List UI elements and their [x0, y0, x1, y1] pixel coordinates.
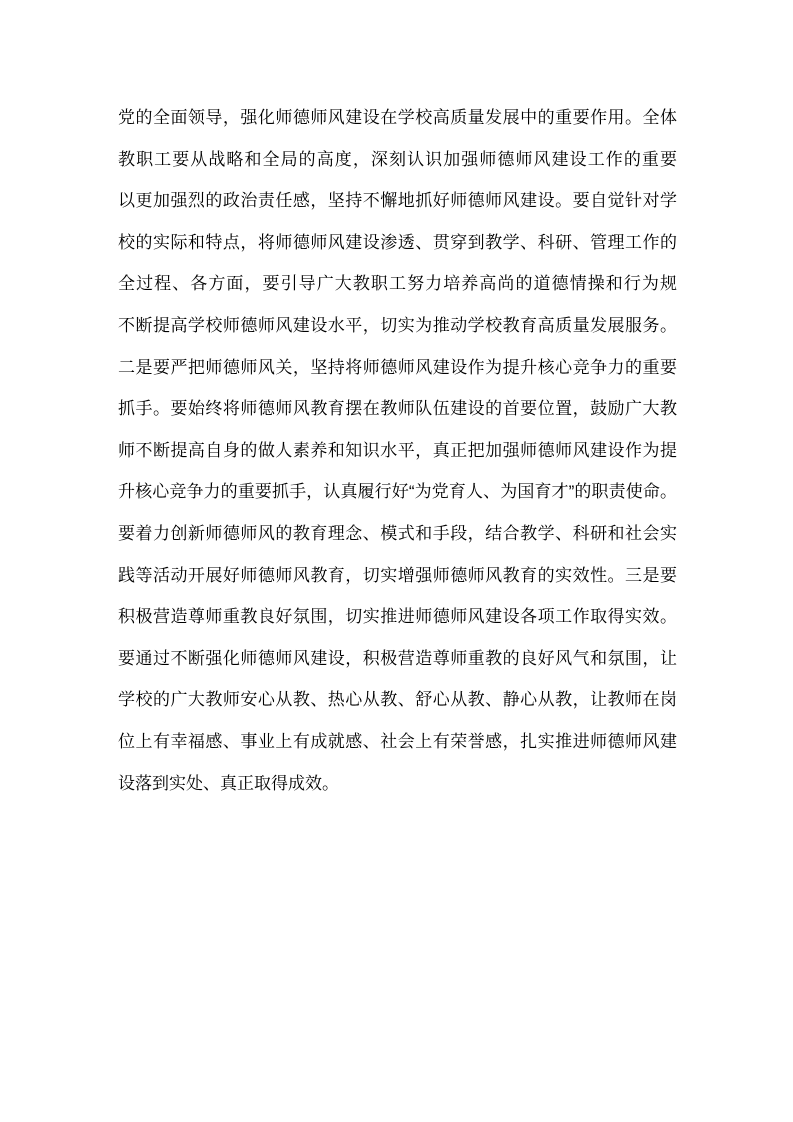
text-line: 师不断提高自身的做人素养和知识水平，真正把加强师德师风建设作为提 — [118, 430, 677, 472]
text-line: 不断提高学校师德师风建设水平，切实为推动学校教育高质量发展服务。 — [118, 305, 677, 347]
text-line: 要着力创新师德师风的教育理念、模式和手段，结合教学、科研和社会实 — [118, 513, 677, 555]
text-line: 学校的广大教师安心从教、热心从教、舒心从教、静心从教，让教师在岗 — [118, 679, 677, 721]
document-page: 党的全面领导，强化师德师风建设在学校高质量发展中的重要作用。全体 教职工要从战略… — [0, 0, 793, 1122]
text-line: 积极营造尊师重教良好氛围，切实推进师德师风建设各项工作取得实效。 — [118, 596, 677, 638]
text-line: 二是要严把师德师风关，坚持将师德师风建设作为提升核心竞争力的重要 — [118, 347, 677, 389]
text-line: 校的实际和特点，将师德师风建设渗透、贯穿到教学、科研、管理工作的 — [118, 222, 677, 264]
text-line: 践等活动开展好师德师风教育，切实增强师德师风教育的实效性。三是要 — [118, 555, 677, 597]
text-line: 要通过不断强化师德师风建设，积极营造尊师重教的良好风气和氛围，让 — [118, 638, 677, 680]
text-line: 以更加强烈的政治责任感，坚持不懈地抓好师德师风建设。要自觉针对学 — [118, 180, 677, 222]
text-line: 教职工要从战略和全局的高度，深刻认识加强师德师风建设工作的重要性， — [118, 139, 677, 181]
body-text-block: 党的全面领导，强化师德师风建设在学校高质量发展中的重要作用。全体 教职工要从战略… — [118, 97, 677, 804]
text-line: 全过程、各方面，要引导广大教职工努力培养高尚的道德情操和行为规范， — [118, 263, 677, 305]
text-line: 抓手。要始终将师德师风教育摆在教师队伍建设的首要位置，鼓励广大教 — [118, 388, 677, 430]
text-line: 党的全面领导，强化师德师风建设在学校高质量发展中的重要作用。全体 — [118, 97, 677, 139]
text-line: 升核心竞争力的重要抓手，认真履行好“为党育人、为国育才”的职责使命。 — [118, 471, 677, 513]
text-line: 位上有幸福感、事业上有成就感、社会上有荣誉感，扎实推进师德师风建 — [118, 721, 677, 763]
text-line: 设落到实处、真正取得成效。 — [118, 763, 677, 805]
